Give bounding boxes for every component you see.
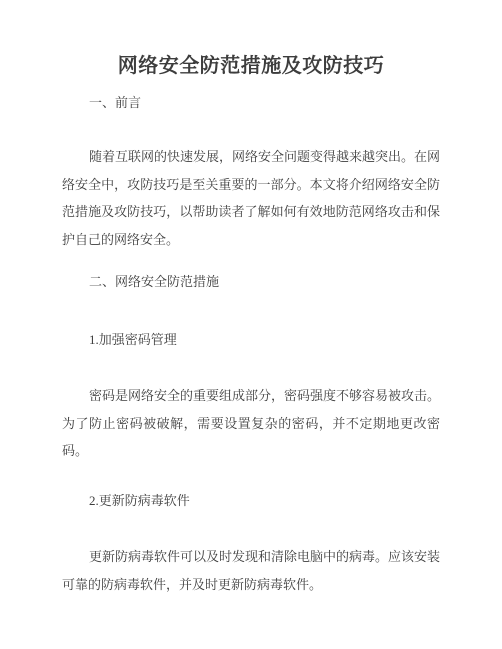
subsection-heading-antivirus: 2.更新防病毒软件 — [62, 487, 440, 515]
subsection-heading-password: 1.加强密码管理 — [62, 326, 440, 354]
document-title: 网络安全防范措施及攻防技巧 — [0, 51, 502, 81]
paragraph-preface: 随着互联网的快速发展，网络安全问题变得越来越突出。在网络安全中，攻防技巧是至关重… — [62, 143, 440, 253]
section-heading-measures: 二、网络安全防范措施 — [62, 268, 440, 296]
section-heading-preface: 一、前言 — [62, 89, 440, 117]
paragraph-password: 密码是网络安全的重要组成部分，密码强度不够容易被攻击。为了防止密码被破解，需要设… — [62, 382, 440, 465]
paragraph-antivirus: 更新防病毒软件可以及时发现和清除电脑中的病毒。应该安装可靠的防病毒软件，并及时更… — [62, 543, 440, 598]
document-page: 网络安全防范措施及攻防技巧 一、前言 随着互联网的快速发展，网络安全问题变得越来… — [0, 0, 502, 649]
